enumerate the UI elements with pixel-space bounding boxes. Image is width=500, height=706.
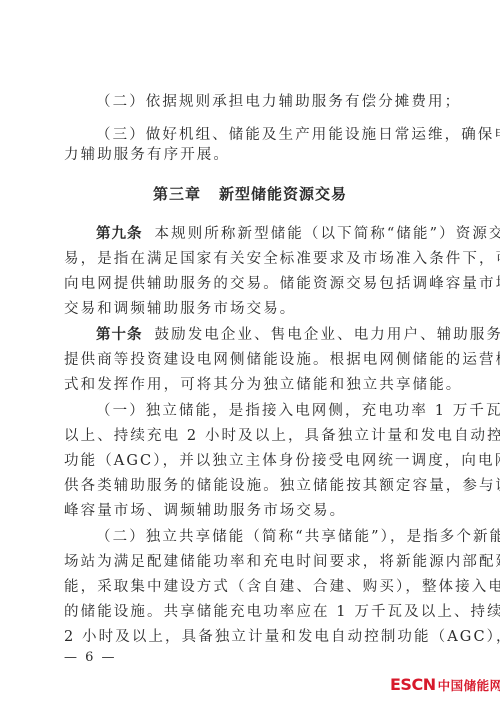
chapter-number: 第三章 [153, 185, 201, 203]
list-item-3-line-1: （三）做好机组、储能及生产用能设施日常运维，确保电 [96, 125, 436, 145]
chapter-heading: 第三章新型储能资源交易 [0, 183, 500, 204]
chapter-title: 新型储能资源交易 [219, 185, 347, 203]
article-9-text-1: 本规则所称新型储能（以下简称“储能”）资源交 [155, 226, 500, 242]
watermark-name: 中国储能网 [438, 678, 500, 693]
item-1-line-2: 以上、持续充电 2 小时及以上，具备独立计量和发电自动控制 [64, 426, 436, 446]
item-1-line-1: （一）独立储能，是指接入电网侧，充电功率 1 万千瓦及 [96, 401, 436, 421]
item-2-line-5: 2 小时及以上，具备独立计量和发电自动控制功能（AGC），并以 [64, 627, 436, 647]
item-1-line-3: 功能（AGC），并以独立主体身份接受电网统一调度，向电网提 [64, 451, 436, 471]
list-item-3-line-2: 力辅助服务有序开展。 [64, 145, 436, 165]
article-9-line-4: 交易和调频辅助服务市场交易。 [64, 299, 436, 319]
item-2-line-3: 能，采取集中建设方式（含自建、合建、购买），整体接入电网侧 [64, 577, 436, 597]
watermark-brand: ESCN [390, 675, 436, 694]
list-item-2: （二）依据规则承担电力辅助服务有偿分摊费用； [96, 92, 436, 112]
item-1-line-4: 供各类辅助服务的储能设施。独立储能按其额定容量，参与调 [64, 476, 436, 496]
escn-watermark-logo: ESCN中国储能网 [390, 675, 500, 694]
article-9-line-1: 第九条本规则所称新型储能（以下简称“储能”）资源交 [96, 224, 436, 244]
document-page: （二）依据规则承担电力辅助服务有偿分摊费用； （三）做好机组、储能及生产用能设施… [0, 0, 500, 706]
item-2-line-2: 场站为满足配建储能功率和充电时间要求，将新能源内部配建储 [64, 552, 436, 572]
article-10-line-1: 第十条鼓励发电企业、售电企业、电力用户、辅助服务 [96, 325, 436, 345]
item-1-line-5: 峰容量市场、调频辅助服务市场交易。 [64, 501, 436, 521]
item-2-line-1: （二）独立共享储能（简称“共享储能”），是指多个新能源 [96, 527, 436, 547]
page-number: — 6 — [64, 650, 117, 665]
item-2-line-4: 的储能设施。共享储能充电功率应在 1 万千瓦及以上、持续充电 [64, 602, 436, 622]
article-9-heading: 第九条 [96, 226, 143, 242]
article-10-line-3: 式和发挥作用，可将其分为独立储能和独立共享储能。 [64, 375, 436, 395]
article-9-line-2: 易，是指在满足国家有关安全标准要求及市场准入条件下，可 [64, 249, 436, 269]
article-9-line-3: 向电网提供辅助服务的交易。储能资源交易包括调峰容量市场 [64, 274, 436, 294]
article-10-text-1: 鼓励发电企业、售电企业、电力用户、辅助服务 [155, 327, 500, 343]
article-10-line-2: 提供商等投资建设电网侧储能设施。根据电网侧储能的运营模 [64, 350, 436, 370]
article-10-heading: 第十条 [96, 327, 143, 343]
